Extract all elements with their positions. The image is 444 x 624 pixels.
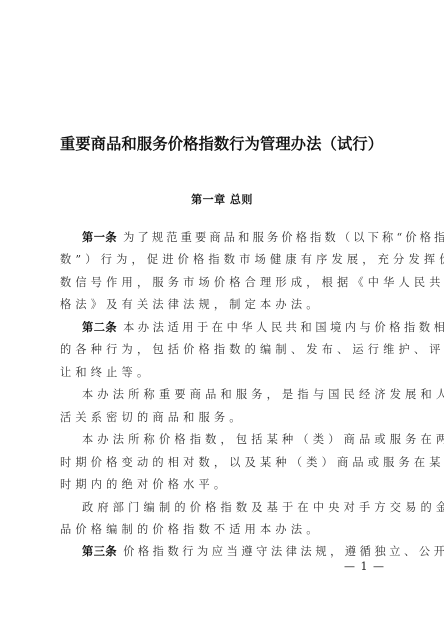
paragraph-3-line-2: 活关系密切的商品和服务。 [60,410,384,426]
paragraph-text: 本办法适用于在中华人民共和国境内与价格指数相关 [123,321,444,334]
document-page: 重要商品和服务价格指数行为管理办法（试行） 第一章 总则 第一条为了规范重要商品… [0,0,444,624]
paragraph-3-line-1: 本办法所称重要商品和服务，是指与国民经济发展和人民生 [82,387,384,403]
article-2-line-1: 第二条本办法适用于在中华人民共和国境内与价格指数相关 [82,320,384,336]
article-2-line-3: 让和终止等。 [60,365,384,381]
article-2-line-2: 的各种行为，包括价格指数的编制、发布、运行维护、评估、转 [60,342,384,358]
page-number: — 1 — [343,560,385,574]
paragraph-text: 价格指数行为应当遵守法律法规，遵循独立、公开、 [123,545,444,558]
article-1-line-2: 数”）行为，促进价格指数市场健康有序发展，充分发挥价格指 [60,252,384,268]
paragraph-4-line-2: 时期价格变动的相对数，以及某种（类）商品或服务在某一特定 [60,455,384,471]
paragraph-text: 为了规范重要商品和服务价格指数（以下称“价格指 [123,231,444,244]
paragraph-4-line-1: 本办法所称价格指数，包括某种（类）商品或服务在两个不同 [82,432,384,448]
article-label: 第三条 [82,545,117,558]
article-1-line-4: 格法》及有关法律法规，制定本办法。 [60,297,384,313]
article-1-line-3: 数信号作用，服务市场价格合理形成，根据《中华人民共和国价 [60,275,384,291]
paragraph-5-line-1: 政府部门编制的价格指数及基于在中央对手方交易的金融产 [82,500,384,516]
chapter-heading: 第一章 总则 [0,193,444,207]
article-3-line-1: 第三条价格指数行为应当遵守法律法规，遵循独立、公开、 [82,544,384,560]
article-label: 第二条 [82,321,117,334]
paragraph-4-line-3: 时期内的绝对价格水平。 [60,477,384,493]
document-title: 重要商品和服务价格指数行为管理办法（试行） [60,134,390,154]
article-label: 第一条 [82,231,117,244]
paragraph-5-line-2: 品价格编制的价格指数不适用本办法。 [60,522,384,538]
article-1-line-1: 第一条为了规范重要商品和服务价格指数（以下称“价格指 [82,230,384,246]
